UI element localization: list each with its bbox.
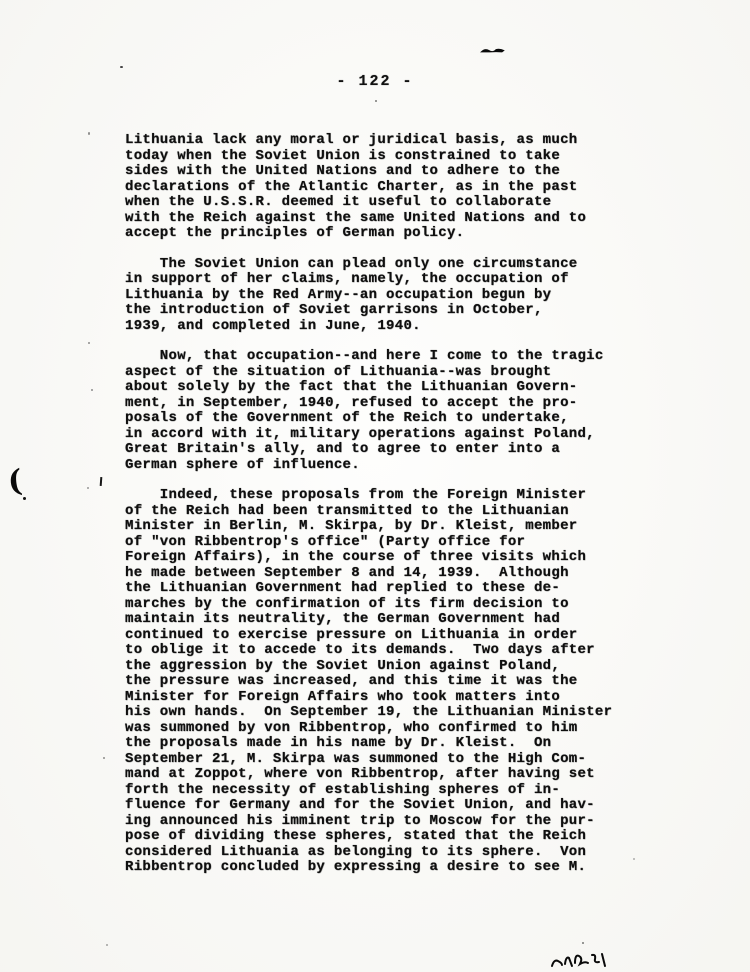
scan-speck [120, 66, 123, 68]
pencil-dot-mark [23, 497, 26, 500]
paragraph-3: Now, that occupation--and here I come to… [125, 349, 665, 473]
scan-speck [103, 757, 105, 759]
scan-speck [582, 942, 584, 944]
scan-speck [375, 100, 377, 102]
scan-speck [633, 858, 635, 860]
scan-speck [91, 389, 93, 391]
page-number: - 122 - [0, 73, 750, 90]
handwritten-scribble-icon [550, 950, 612, 972]
scan-speck [88, 342, 90, 344]
scan-speck [106, 944, 108, 946]
paragraph-1: Lithuania lack any moral or juridical ba… [125, 133, 665, 242]
scan-speck [87, 487, 89, 489]
paragraph-4: Indeed, these proposals from the Foreign… [125, 488, 665, 876]
ink-swoosh-mark-icon [480, 43, 506, 61]
scan-speck [88, 132, 90, 135]
document-body: Lithuania lack any moral or juridical ba… [125, 133, 665, 891]
paragraph-2: The Soviet Union can plead only one circ… [125, 257, 665, 335]
